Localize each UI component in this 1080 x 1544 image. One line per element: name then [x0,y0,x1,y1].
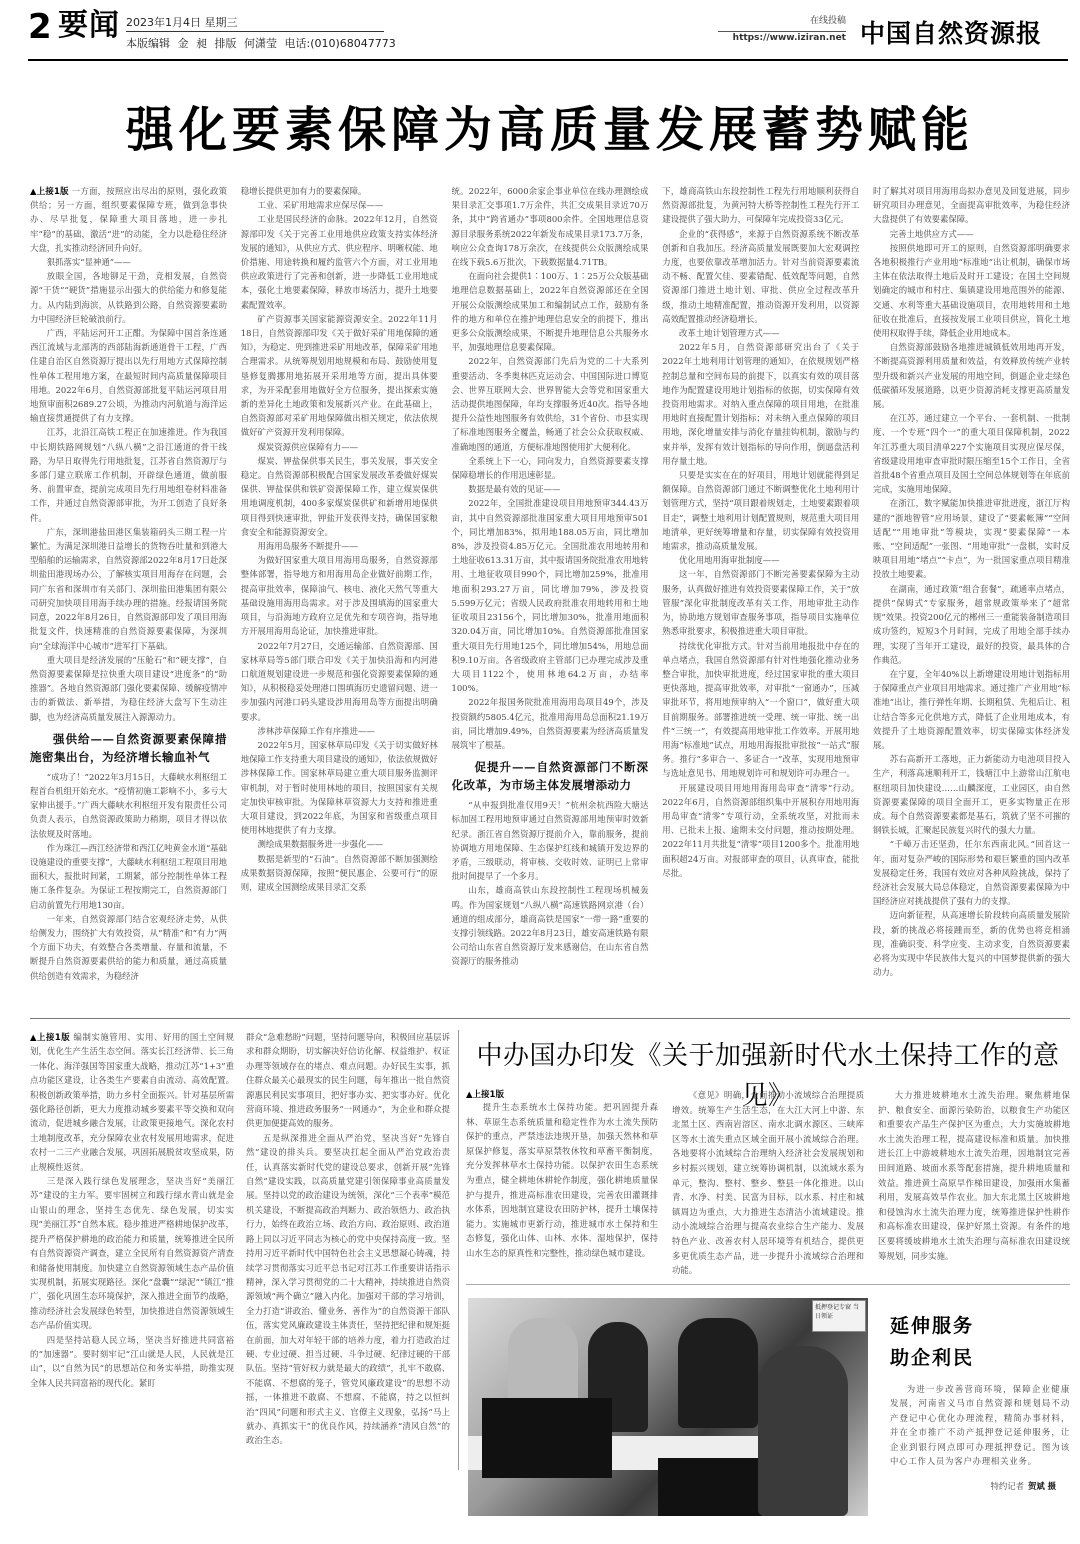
article-column: 群众“急难愁盼”问题，坚持问题导向，积极回应基层诉求和群众期盼，切实解决好信访化… [246,1030,450,1544]
article-column-4: 下，雄商高铁山东段控制性工程先行用地顺利获得自然资源部批复，为黄河特大桥等控制性… [662,184,859,1014]
photo-caption-title: 延伸服务 助企利民 [890,1310,1070,1374]
section-divider [30,1018,1070,1019]
article-column: ▲上接1版 编制实施管用、实用、好用的国土空间规划，优化生产生活生态空间。落实长… [30,1030,234,1544]
paragraph: 为做好国家重大项目用海用岛服务，自然资源部整体部署，指导地方和用海用岛企业做好前… [241,553,438,638]
paragraph: 2022年，自然资源部门先后为党的二十大系列重要活动、冬季奥林匹克运动会、中国国… [452,354,649,453]
column-divider [458,1030,459,1470]
paragraph: 2022年7月27日，交通运输部、自然资源部、国家林草局等5部门联合印发《关于加… [241,639,438,724]
paragraph: 一方面，按照应出尽出的原则，强化政策供给；另一方面，组织要素保障专班，做到急事快… [30,186,227,253]
paragraph: 苏右高新开工落地，正力新能动力电池项目投入生产，利落高速顺利开工，钱塘江中上游常… [873,752,1070,837]
paragraph: 四是坚持站稳人民立场，坚决当好推进共同富裕的“加速器”。要时刻牢记“江山就是人民… [30,1333,234,1391]
paragraph: 煤炭、钾盐保供事关民生，事关发展，事关安全稳定。自然资源部积极配合国家发展改革委… [241,454,438,539]
caption-title-line: 延伸服务 [890,1310,1070,1342]
article-column: 《意见》明确，全面推动小流域综合治理提质增效。统筹生产生活生态，在大江大河上中游… [672,1088,864,1280]
paragraph: 数据是新型的“石油”。自然资源部不断加强测绘成果数据资源保障，按照“便民惠企、公… [241,852,438,895]
paragraph: 2022年5月，自然资源部研究出台了《关于2022年土地利用计划管理的通知》，在… [662,340,859,468]
credit-name: 贺斌 摄 [1028,1481,1056,1491]
caption-text: 为进一步改善营商环境，保障企业健康发展，河南省义马市自然资源和规划局不动产登记中… [890,1382,1070,1468]
section-kicker: 工业、采矿用地需求应保尽保—— [241,198,438,212]
editor-credits: 本版编辑 金 昶 排版 何潇莹 电话:(010)68047773 [126,35,396,51]
paragraph: 放眼全国，各地铆足干劲，竞相发展，自然资源“干货”“硬货”措施显示出强大的供给能… [30,269,227,326]
website-link[interactable]: https://www.iziran.net [718,31,846,43]
paragraph: 五是纵深推进全面从严治党，坚决当好“先锋自然”建设的排头兵。要坚决扛起全面从严治… [246,1131,450,1448]
main-headline: 强化要素保障为高质量发展蓄势赋能 [30,92,1070,168]
monitor [658,1458,768,1516]
paragraph: 在浙江，数字赋能加快推进审批进度，浙江厅构建的“浙地智管”应用场景，建设了“要素… [873,496,1070,581]
article-column-3: 统。2022年，6000余家企事业单位在线办理测绘成果目录汇交事项1.7万余件，… [452,184,649,1014]
paragraph: 2022年报国务院批准用海用岛项目49个，涉及投资额约5805.4亿元，批准用海… [452,695,649,752]
section-kicker: 狠抓落实“显神通”—— [30,255,227,269]
article-column-5: 时了解其对项目用海用岛拟办意见及回复进展，同步研究项目办理意见，全面提高审批效率… [873,184,1070,1014]
lower-left-article: ▲上接1版 编制实施管用、实用、好用的国土空间规划，优化生产生活生态空间。落实长… [30,1030,450,1544]
continued-marker: ▲上接1版 [30,186,69,196]
section-kicker: 数据是最有效的见证—— [452,482,649,496]
section-kicker: 用海用岛服务不断提升—— [241,539,438,553]
paragraph: 山东，雄商高铁山东段控制性工程现场机械轰鸣。作为国家规划“八纵八横”高速铁路网京… [452,883,649,968]
paragraph: 在宁夏，全年40%以上新增建设用地计划指标用于保障重点产业项目用地需求。通过推广… [873,667,1070,752]
paragraph: 编制实施管用、实用、好用的国土空间规划，优化生产生活生态空间。落实长江经济带、长… [30,1032,234,1172]
sub-article-body: 提升生态系统水土保持功能。把巩固提升森林、草原生态系统质量和稳定性作为水土流失预… [466,1100,1070,1280]
photo-credit: 特约记者贺斌 摄 [890,1480,1056,1492]
continued-marker: ▲上接1版 [466,1088,504,1100]
paragraph: 在江苏，通过建立一个平台、一套机制、一批制度、一个专班“四个一”的重大项目保障机… [873,411,1070,496]
article-column-2: 稳增长提供更加有力的要素保障。 工业、采矿用地需求应保尽保—— 工业是国民经济的… [241,184,438,1014]
paragraph: 工业是国民经济的命脉。2022年12月，自然资源部印发《关于完善工业用地供应政策… [241,212,438,311]
paragraph: 在湖南，通过政策“组合套餐”，疏通率点堵点，提供“保姆式”专家服务，超常规政策举… [873,582,1070,667]
article-column-1: ▲上接1版 一方面，按照应出尽出的原则，强化政策供给；另一方面，组织要素保障专班… [30,184,227,1014]
paragraph: 只要是实实在在的好项目，用地计划就能得到足额保障。自然资源部门通过不断调整优化土… [662,468,859,553]
paragraph: 群众“急难愁盼”问题，坚持问题导向，积极回应基层诉求和群众期盼，切实解决好信访化… [246,1030,450,1131]
paragraph: 广西，平陆运河开工正酣。为保障中国首条连通西江流域与北部湾的西部陆海新通道骨干工… [30,326,227,425]
main-article-body: ▲上接1版 一方面，按照应出尽出的原则，强化政策供给；另一方面，组织要素保障专班… [30,184,1070,1014]
person-figure [678,1318,758,1428]
monitor [482,1398,612,1478]
paragraph: 江苏，北沿江高铁工程正在加速推进。作为我国中长期铁路网规划“八纵八横”之沿江通道… [30,425,227,524]
paragraph: 2022年，全国批准建设项目用地预审344.43万亩，其中自然资源部批准国家重大… [452,496,649,695]
section-kicker: 煤炭资源供应保障有力—— [241,440,438,454]
credit-label: 特约记者 [990,1481,1024,1491]
masthead-divider [126,31,384,32]
section-kicker: 测绘成果数据服务进一步强化—— [241,837,438,851]
paragraph: 自然资源部鼓励各地推进城镇低效用地再开发，不断提高资源利用质量和效益，有效释放传… [873,340,1070,411]
section-kicker: 改革土地计划管理方式—— [662,326,859,340]
online-submission-label: 在线投稿 [738,13,846,26]
section-kicker: 优化用地用海审批制度—— [662,553,859,567]
paragraph: 开展建设项目用地用海用岛审查“清零”行动。2022年6月，自然资源部组织集中开展… [662,781,859,880]
service-window-sign: 抵押登记专窗 当日领证 [812,1300,866,1332]
news-photo: 抵押登记专窗 当日领证 [468,1298,868,1516]
section-kicker: 完善土地供应方式—— [873,227,1070,241]
paragraph: “从申报到批准仅用9天！”杭州余杭西险大塘达标加固工程用地预审通过自然资源部用地… [452,798,649,883]
paragraph: 全系统上下一心，同向发力，自然资源要素支撑保障稳增长的作用迅速彰显。 [452,454,649,482]
paragraph: 广东，深圳港盐田港区集装箱码头三期工程一片繁忙。为满足深圳港日益增长的货物吞吐量… [30,525,227,653]
paragraph: 作为珠江—西江经济带和西江亿吨黄金水道“基础设施建设的重要支撑”，大藤峡水利枢纽… [30,841,227,912]
paragraph: 持续优化审批方式。针对当前用地报批中存在的单点堵点，我国自然资源部有针对性地强化… [662,639,859,781]
paragraph: 2022年5月，国家林草局印发《关于切实做好林地保障工作支持重大项目建设的通知》… [241,738,438,837]
paragraph: 下，雄商高铁山东段控制性工程先行用地顺利获得自然资源部批复，为黄河特大桥等控制性… [662,184,859,227]
person-figure [758,1346,848,1516]
masthead-rule [28,59,1068,61]
subheading-strong-supply: 强供给——自然资源要素保障措施密集出台，为经济增长输血补气 [30,730,227,766]
subheading-promote-upgrade: 促提升——自然资源部门不断深化改革，为市场主体发展增添动力 [452,758,649,794]
paragraph: 这一年，自然资源部门不断完善要素保障为主动服务，认真做好推进有效投资要素保障工作… [662,567,859,638]
paragraph: 重大项目是经济发展的“压舱石”和“硬支撑”，自然资源要素保障是拉快重大项目建设“… [30,653,227,724]
article-column: 大力推进坡耕地水土流失治理。聚焦耕地保护、粮食安全、面源污染防治，以粮食生产功能… [878,1088,1070,1280]
paragraph: 迈向新征程，从高速增长阶段转向高质量发展阶段，新的挑战必将接踵而至，新的优势也将… [873,908,1070,979]
paragraph: 在面向社会提供1∶100万、1∶25万公众版基础地理信息数据基础上，2022年自… [452,269,649,354]
caption-title-line: 助企利民 [890,1342,1070,1374]
photo-caption-body: 为进一步改善营商环境，保障企业健康发展，河南省义马市自然资源和规划局不动产登记中… [890,1382,1070,1468]
paragraph: 企业的“获得感”，来源于自然资源系统不断改革创新和自我加压。经济高质量发展既要加… [662,227,859,326]
paragraph: 提升生态系统水土保持功能。把巩固提升森林、草原生态系统质量和稳定性作为水土流失预… [466,1100,658,1261]
paragraph: 《意见》明确，全面推动小流域综合治理提质增效。统筹生产生活生态，在大江大河上中游… [672,1088,864,1278]
paragraph: 矿产资源事关国家能源资源安全。2022年11月18日，自然资源部印发《关于做好采… [241,312,438,440]
section-title: 要闻 [58,6,120,46]
newspaper-name: 中国自然资源报 [860,14,1042,50]
paragraph: 三是深入践行绿色发展理念，坚决当好“美丽江苏”建设的主力军。要牢固树立和践行绿水… [30,1174,234,1332]
paragraph: “千嶂万击还坚劲，任尔东西南北风。”回首这一年，面对复杂严峻的国际形势和艰巨繁重… [873,837,1070,908]
paragraph: 稳增长提供更加有力的要素保障。 [241,184,438,198]
article-column: 提升生态系统水土保持功能。把巩固提升森林、草原生态系统质量和稳定性作为水土流失预… [466,1100,658,1280]
paragraph: 一年来，自然资源部门结合宏观经济走势，从供给侧发力，围绕扩大有效投资，从“精准”… [30,912,227,983]
paragraph: 按照供地即可开工的原则，自然资源部明确要求各地积极推行产业用地“标准地”出让机制… [873,241,1070,340]
paragraph: 时了解其对项目用海用岛拟办意见及回复进展，同步研究项目办理意见，全面提高审批效率… [873,184,1070,227]
paragraph: 统。2022年，6000余家企事业单位在线办理测绘成果目录汇交事项1.7万余件，… [452,184,649,269]
paragraph: “成功了！”2022年3月15日，大藤峡水利枢纽工程首台机组开始充水。“疫情初施… [30,770,227,841]
page-number: 2 [28,8,52,46]
photo-divider [466,1284,1070,1285]
issue-date: 2023年1月4日 星期三 [126,14,238,30]
paragraph: 大力推进坡耕地水土流失治理。聚焦耕地保护、粮食安全、面源污染防治，以粮食生产功能… [878,1088,1070,1263]
continued-marker: ▲上接1版 [30,1032,70,1042]
section-kicker: 涉林涉草保障工作有序推进—— [241,724,438,738]
